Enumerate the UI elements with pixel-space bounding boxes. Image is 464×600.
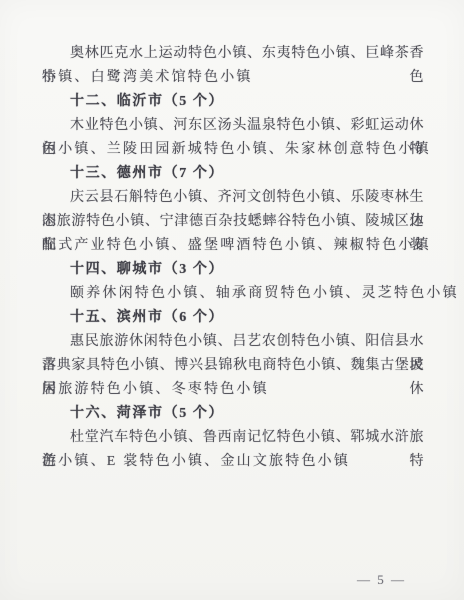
body-line: 色小镇、兰陵田园新城特色小镇、朱家林创意特色小镇 [42, 138, 424, 162]
body-line: 惠民旅游休闲特色小镇、吕艺农创特色小镇、阳信县水落坡 [42, 330, 424, 354]
body-line: 配式产业特色小镇、盛堡啤酒特色小镇、辣椒特色小镇 [42, 234, 424, 258]
section-heading-linyi: 十二、临沂市（5 个） [42, 90, 424, 114]
body-line: 庆云县石斛特色小镇、齐河文创特色小镇、乐陵枣林生态休 [42, 186, 424, 210]
body-line: 木业特色小镇、河东区汤头温泉特色小镇、彩虹运动休闲特 [42, 114, 424, 138]
section-heading-heze: 十六、菏泽市（5 个） [42, 402, 424, 426]
body-line: 闲旅游特色小镇、宁津德百杂技蟋蟀谷特色小镇、陵城区边临装 [42, 210, 424, 234]
body-line: 古典家具特色小镇、博兴县锦秋电商特色小镇、魏集古堡民居休 [42, 354, 424, 378]
document-page: 奥林匹克水上运动特色小镇、东夷特色小镇、巨峰茶香特色 小镇、白鹭湾美术馆特色小镇… [0, 0, 464, 600]
document-body: 奥林匹克水上运动特色小镇、东夷特色小镇、巨峰茶香特色 小镇、白鹭湾美术馆特色小镇… [42, 42, 424, 474]
section-heading-liaocheng: 十四、聊城市（3 个） [42, 258, 424, 282]
body-line: 奥林匹克水上运动特色小镇、东夷特色小镇、巨峰茶香特色 [42, 42, 424, 66]
section-heading-binzhou: 十五、滨州市（6 个） [42, 306, 424, 330]
section-heading-dezhou: 十三、德州市（7 个） [42, 162, 424, 186]
page-number: — 5 — [357, 572, 406, 588]
body-line: 颐养休闲特色小镇、轴承商贸特色小镇、灵芝特色小镇 [42, 282, 424, 306]
body-line: 杜堂汽车特色小镇、鲁西南记忆特色小镇、郓城水浒旅游特 [42, 426, 424, 450]
